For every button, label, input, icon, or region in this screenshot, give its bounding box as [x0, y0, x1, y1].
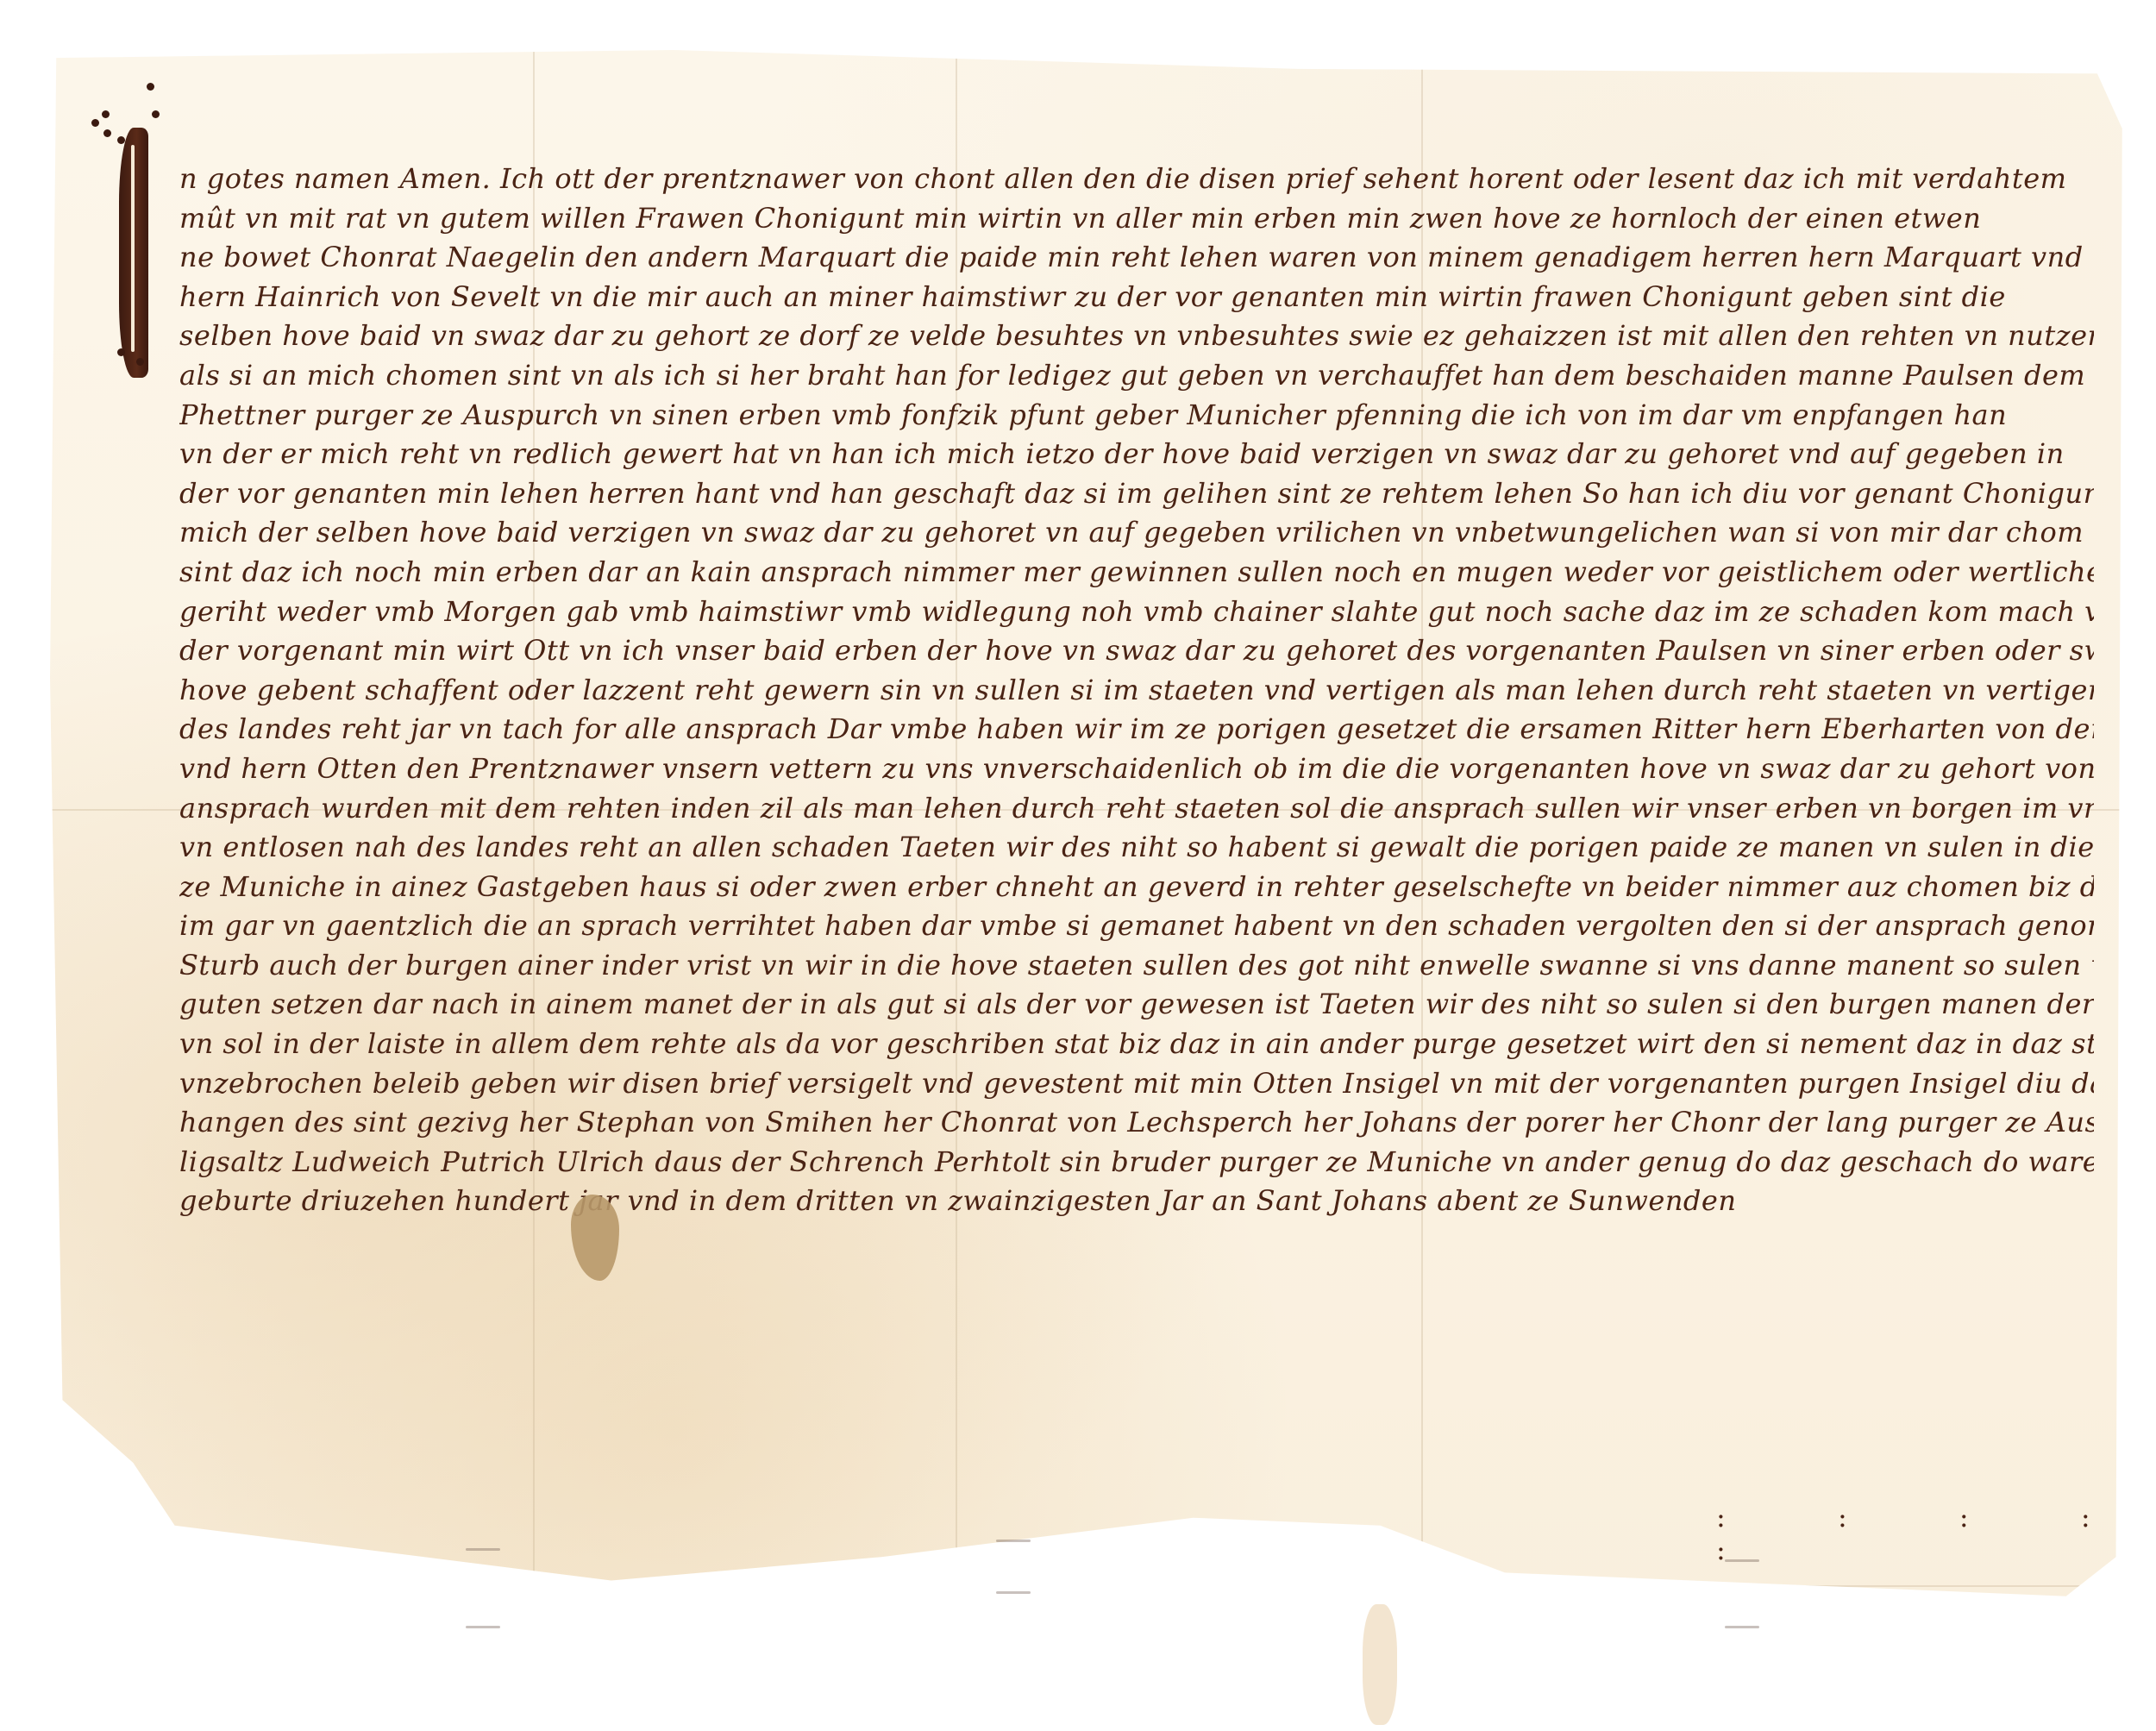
flourish-dot-icon — [147, 83, 154, 91]
flourish-dot-icon — [103, 129, 111, 137]
text-line: hangen des sint gezivg her Stephan von S… — [179, 1103, 2094, 1143]
closing-punctuation-marks: : : : : : — [1716, 1501, 2156, 1566]
text-line: der vorgenant min wirt Ott vn ich vnser … — [179, 631, 2094, 671]
text-line: vn entlosen nah des landes reht an allen… — [179, 828, 2094, 868]
seal-slit-mark — [1725, 1559, 1759, 1562]
decorated-initial-i — [119, 128, 148, 378]
text-line: mût vn mit rat vn gutem willen Frawen Ch… — [179, 199, 2094, 239]
text-line: ne bowet Chonrat Naegelin den andern Mar… — [179, 238, 2094, 278]
text-line: mich der selben hove baid verzigen vn sw… — [179, 513, 2094, 553]
flourish-dot-icon — [117, 136, 125, 144]
text-line: als si an mich chomen sint vn als ich si… — [179, 356, 2094, 396]
text-line: ligsaltz Ludweich Putrich Ulrich daus de… — [179, 1143, 2094, 1182]
text-line: hern Hainrich von Sevelt vn die mir auch… — [179, 278, 2094, 317]
text-line: geburte driuzehen hundert jar vnd in dem… — [179, 1182, 2094, 1221]
text-line: guten setzen dar nach in ainem manet der… — [179, 985, 2094, 1025]
seal-slit-mark — [1725, 1626, 1759, 1628]
text-line: im gar vn gaentzlich die an sprach verri… — [179, 906, 2094, 946]
text-line: hove gebent schaffent oder lazzent reht … — [179, 671, 2094, 711]
text-line: vnzebrochen beleib geben wir disen brief… — [179, 1064, 2094, 1104]
text-line: geriht weder vmb Morgen gab vmb haimstiw… — [179, 593, 2094, 632]
text-line: vn sol in der laiste in allem dem rehte … — [179, 1025, 2094, 1064]
text-line: vnd hern Otten den Prentznawer vnsern ve… — [179, 749, 2094, 789]
parchment-stain — [1363, 1604, 1397, 1725]
seal-slit-mark — [996, 1591, 1031, 1594]
flourish-dot-icon — [117, 348, 125, 356]
text-line: der vor genanten min lehen herren hant v… — [179, 474, 2094, 514]
text-line: ansprach wurden mit dem rehten inden zil… — [179, 789, 2094, 829]
text-line: Phettner purger ze Auspurch vn sinen erb… — [179, 396, 2094, 436]
flourish-dot-icon — [91, 119, 99, 127]
text-line: Sturb auch der burgen ainer inder vrist … — [179, 946, 2094, 986]
seal-slit-mark — [466, 1548, 500, 1551]
flourish-dot-icon — [102, 110, 110, 118]
flourish-dot-icon — [136, 358, 144, 366]
text-line: ze Muniche in ainez Gastgeben haus si od… — [179, 868, 2094, 907]
seal-slit-mark — [996, 1540, 1031, 1542]
text-line: sint daz ich noch min erben dar an kain … — [179, 553, 2094, 593]
seal-slit-mark — [466, 1626, 500, 1628]
text-line: vn der er mich reht vn redlich gewert ha… — [179, 435, 2094, 474]
text-line: des landes reht jar vn tach for alle ans… — [179, 710, 2094, 749]
flourish-dot-icon — [152, 110, 160, 118]
charter-text: n gotes namen Amen. Ich ott der prentzna… — [179, 160, 2094, 1221]
fold-crease — [50, 1585, 2128, 1587]
text-line: n gotes namen Amen. Ich ott der prentzna… — [179, 160, 2094, 199]
text-line: selben hove baid vn swaz dar zu gehort z… — [179, 317, 2094, 356]
